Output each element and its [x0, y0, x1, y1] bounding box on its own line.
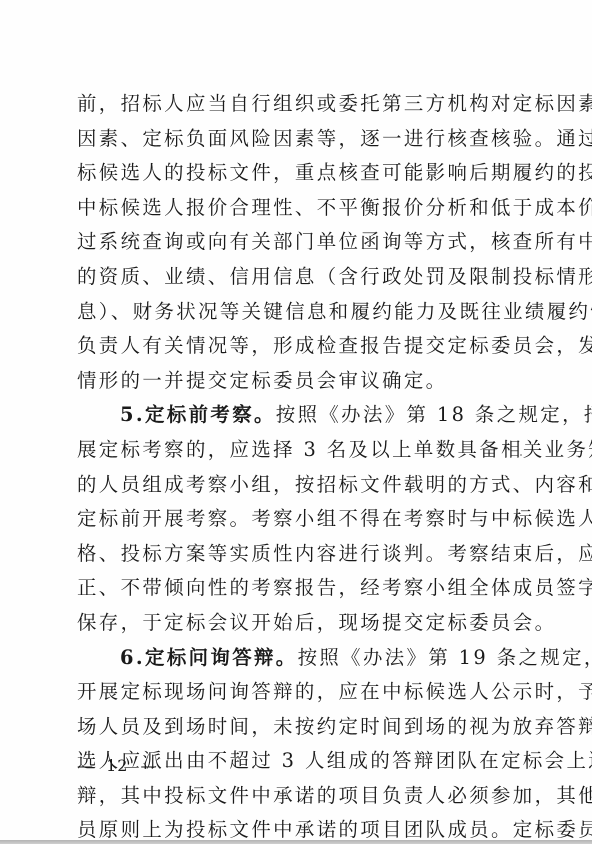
page-bottom-edge — [0, 840, 592, 844]
text-line: 前，招标人应当自行组织或委托第三方机构对定标因素、定标否决 — [77, 87, 515, 122]
text-line: 息）、财务状况等关键信息和履约能力及既往业绩履约情况、项目 — [77, 295, 515, 330]
text-line: 的资质、业绩、信用信息（含行政处罚及限制投标情形等有关信 — [77, 260, 515, 295]
section-first-line: 5.定标前考察。按照《办法》第 18 条之规定，招标人若决定开 — [77, 398, 515, 433]
text-line: 定标前开展考察。考察小组不得在考察时与中标候选人就投标价 — [77, 502, 515, 537]
text-line: 正、不带倾向性的考察报告，经考察小组全体成员签字确认后密封 — [77, 571, 515, 606]
page-number: — 12 — — [77, 756, 158, 775]
text-line: 场人员及到场时间，未按约定时间到场的视为放弃答辩。中标候 — [77, 710, 515, 745]
text-line: 情形的一并提交定标委员会审议确定。 — [77, 364, 515, 399]
text-line: 标候选人的投标文件，重点核查可能影响后期履约的投标内容，对 — [77, 156, 515, 191]
paragraph-section-6: 6.定标问询答辩。按照《办法》第 19 条之规定，招标人若决定 开展定标现场问询… — [77, 641, 517, 844]
section-first-line-text: 按照《办法》第 19 条之规定，招标人若决定 — [298, 646, 592, 669]
text-line: 因素、定标负面风险因素等，逐一进行核查核验。通过查阅所有中 — [77, 122, 515, 157]
text-line: 开展定标现场问询答辩的，应在中标候选人公示时，予以明确应到 — [77, 675, 515, 710]
paragraph-continued: 前，招标人应当自行组织或委托第三方机构对定标因素、定标否决 因素、定标负面风险因… — [77, 87, 517, 398]
text-line: 展定标考察的，应选择 3 名及以上单数具备相关业务知识和能力 — [77, 433, 515, 468]
section-first-line-text: 按照《办法》第 18 条之规定，招标人若决定开 — [276, 403, 592, 426]
paragraph-section-5: 5.定标前考察。按照《办法》第 18 条之规定，招标人若决定开 展定标考察的，应… — [77, 398, 517, 640]
text-line: 保存，于定标会议开始后，现场提交定标委员会。 — [77, 606, 515, 641]
scan-speck — [520, 454, 522, 456]
text-line: 负责人有关情况等，形成检查报告提交定标委员会，发现定标否决 — [77, 329, 515, 364]
text-line: 辩，其中投标文件中承诺的项目负责人必须参加，其他答辩团队成 — [77, 779, 515, 814]
text-line: 格、投标方案等实质性内容进行谈判。考察结束后，应形成客观公 — [77, 537, 515, 572]
text-line: 过系统查询或向有关部门单位函询等方式，核查所有中标候选人 — [77, 225, 515, 260]
document-page: 前，招标人应当自行组织或委托第三方机构对定标因素、定标否决 因素、定标负面风险因… — [0, 0, 592, 840]
section-first-line: 6.定标问询答辩。按照《办法》第 19 条之规定，招标人若决定 — [77, 641, 515, 676]
text-line: 中标候选人报价合理性、不平衡报价分析和低于成本价分析。通 — [77, 191, 515, 226]
section-heading: 6.定标问询答辩。 — [120, 646, 298, 669]
section-heading: 5.定标前考察。 — [120, 403, 276, 426]
text-line: 的人员组成考察小组，按招标文件载明的方式、内容和规则等，在 — [77, 468, 515, 503]
document-body: 前，招标人应当自行组织或委托第三方机构对定标因素、定标否决 因素、定标负面风险因… — [77, 87, 517, 844]
